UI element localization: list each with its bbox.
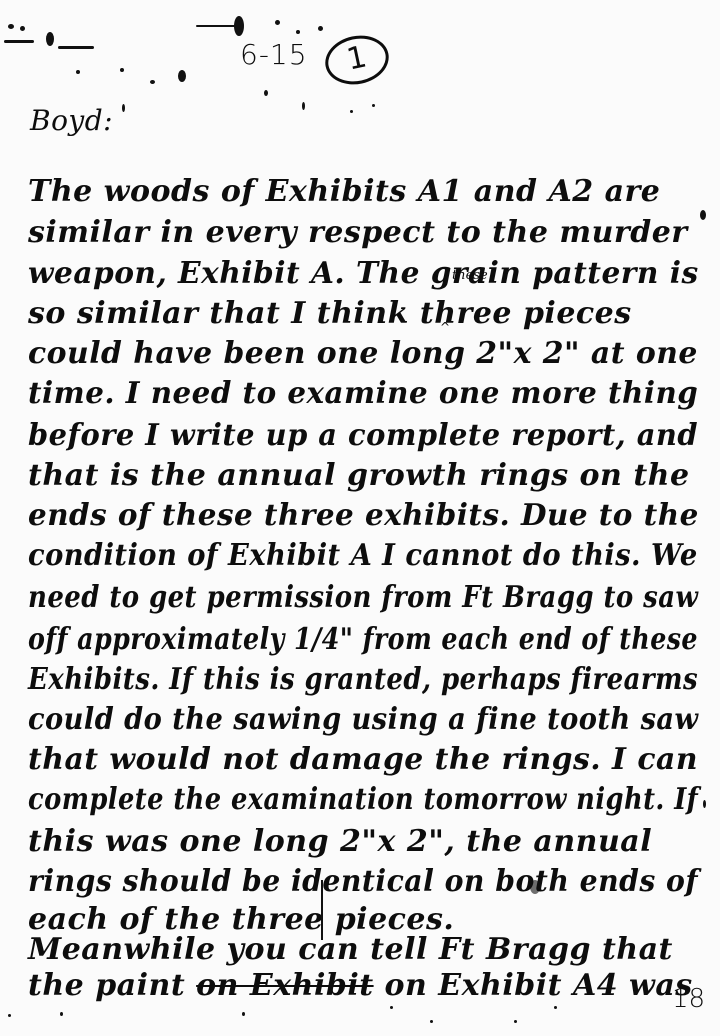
scan-artifact: [296, 30, 300, 34]
letter-line: complete the examination tomorrow night.…: [28, 780, 698, 820]
letter-line: ends of these three exhibits. Due to the: [28, 496, 699, 536]
scan-artifact: [318, 26, 323, 31]
scan-artifact: [430, 1020, 433, 1023]
page-number: 18: [672, 984, 705, 1014]
scan-artifact: [4, 40, 34, 43]
letter-line: Meanwhile you can tell Ft Bragg that: [28, 930, 673, 970]
letter-line: condition of Exhibit A I cannot do this.…: [28, 536, 698, 576]
letter-line: Exhibits. If this is granted, perhaps fi…: [28, 660, 698, 700]
letter-line: so similar that I think three pieces: [28, 294, 632, 334]
letter-line: off approximately 1/4" from each end of …: [28, 620, 698, 660]
scan-artifact: [20, 26, 25, 31]
letter-line: weapon, Exhibit A. The grain pattern is: [28, 254, 699, 294]
scan-artifact: [390, 1006, 393, 1009]
scan-artifact: [514, 1020, 517, 1023]
scan-artifact: [234, 16, 244, 36]
scan-artifact: [8, 1014, 11, 1017]
letter-line: before I write up a complete report, and: [28, 416, 698, 456]
scan-artifact: [703, 800, 706, 808]
letter-line: this was one long 2"x 2", the annual: [28, 822, 652, 862]
scan-artifact: [122, 104, 125, 112]
scan-artifact: [196, 25, 236, 27]
letter-line: rings should be identical on both ends o…: [28, 862, 698, 902]
scan-artifact: [554, 1006, 557, 1009]
letter-line: time. I need to examine one more thing: [28, 374, 698, 414]
scan-artifact: [46, 32, 54, 46]
letter-line: that would not damage the rings. I can: [28, 740, 698, 780]
scan-artifact: [700, 210, 706, 220]
salutation: Boyd:: [30, 104, 113, 137]
scan-artifact: [120, 68, 124, 72]
line-suffix: on Exhibit A4 was: [374, 968, 693, 1003]
scanned-letter-page: 6-15 1 Boyd: The woods of Exhibits A1 an…: [0, 0, 720, 1036]
letter-line: that is the annual growth rings on the: [28, 456, 690, 496]
scan-artifact: [350, 110, 353, 113]
letter-line: The woods of Exhibits A1 and A2 are: [28, 172, 660, 212]
scan-artifact: [302, 102, 305, 110]
scan-artifact: [264, 90, 268, 96]
interlinear-insertion: these: [452, 268, 488, 283]
scan-artifact: [8, 24, 14, 29]
letter-date: 6-15: [240, 38, 308, 71]
scan-artifact: [242, 1012, 245, 1016]
scan-artifact: [178, 70, 186, 82]
scan-artifact: [76, 70, 80, 74]
scan-artifact: [275, 20, 280, 25]
scan-artifact: [60, 1012, 63, 1016]
letter-line-with-strikethrough: the paint on Exhibit on Exhibit A4 was: [28, 966, 693, 1006]
scan-artifact: [372, 104, 375, 107]
letter-line: could have been one long 2"x 2" at one: [28, 334, 698, 374]
letter-line: need to get permission from Ft Bragg to …: [28, 578, 698, 618]
letter-line: could do the sawing using a fine tooth s…: [28, 700, 698, 740]
line-prefix: the paint: [28, 968, 196, 1003]
scan-artifact: [150, 80, 155, 84]
letter-line: similar in every respect to the murder: [28, 213, 688, 253]
struck-out-text: on Exhibit: [196, 968, 373, 1003]
scan-artifact: [58, 46, 94, 49]
circled-page-marker: 1: [321, 30, 394, 90]
